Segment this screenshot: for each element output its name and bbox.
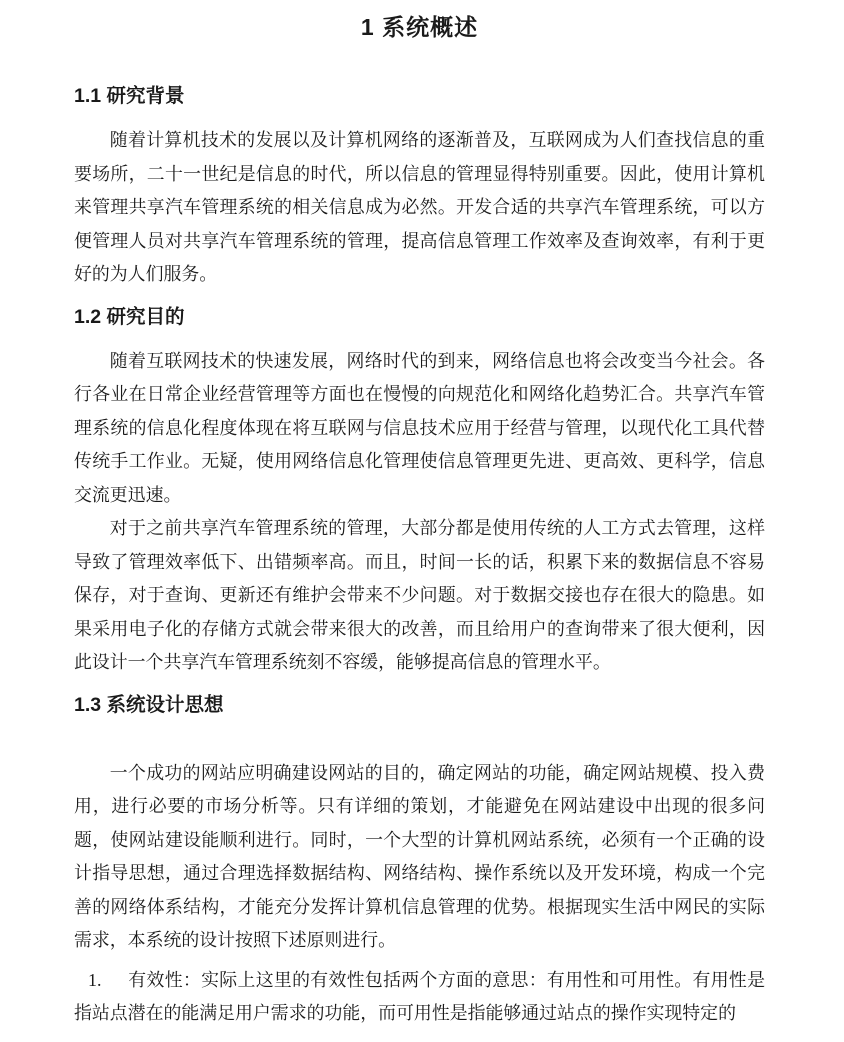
page-title: 1 系统概述 (74, 12, 765, 42)
section-heading-1-3: 1.3 系统设计思想 (74, 693, 765, 717)
document-page: 1 系统概述 1.1 研究背景 随着计算机技术的发展以及计算机网络的逐渐普及，互… (0, 0, 844, 1042)
paragraph-1-2-b: 对于之前共享汽车管理系统的管理，大部分都是使用传统的人工方式去管理，这样导致了管… (74, 512, 765, 680)
paragraph-1-3-a: 一个成功的网站应明确建设网站的目的，确定网站的功能，确定网站规模、投入费用，进行… (74, 757, 765, 958)
list-item-text: 有效性：实际上这里的有效性包括两个方面的意思：有用性和可用性。有用性是指站点潜在… (74, 970, 765, 1024)
paragraph-1-1-a: 随着计算机技术的发展以及计算机网络的逐渐普及，互联网成为人们查找信息的重要场所，… (74, 124, 765, 292)
list-item-number: 1. (88, 964, 128, 998)
paragraph-1-2-a: 随着互联网技术的快速发展，网络时代的到来，网络信息也将会改变当今社会。各行各业在… (74, 345, 765, 513)
list-item-1: 1.有效性：实际上这里的有效性包括两个方面的意思：有用性和可用性。有用性是指站点… (74, 964, 765, 1031)
section-heading-1-1: 1.1 研究背景 (74, 84, 765, 108)
section-heading-1-2: 1.2 研究目的 (74, 305, 765, 329)
